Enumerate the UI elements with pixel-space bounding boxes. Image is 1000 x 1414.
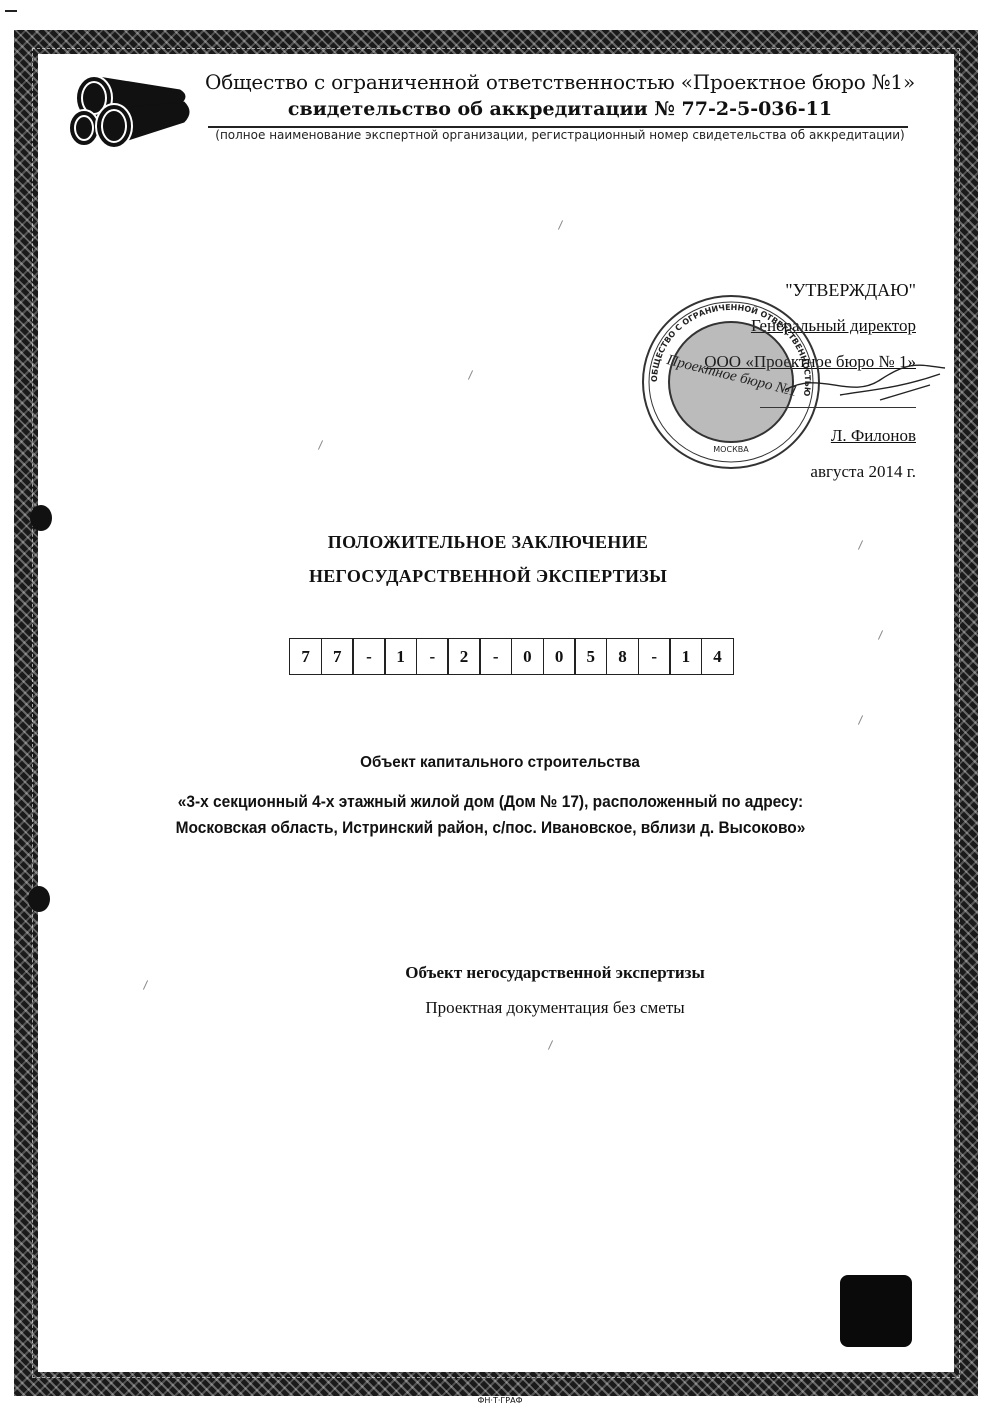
- registration-number-cell: 4: [701, 638, 734, 675]
- pipes-logo-icon: [62, 68, 192, 150]
- registration-number-cell: 1: [384, 638, 417, 675]
- expertise-object-value: Проектная документация без сметы: [0, 998, 1000, 1018]
- registration-number-cell: 0: [511, 638, 544, 675]
- registration-number-cell: 5: [574, 638, 607, 675]
- organization-name: Общество с ограниченной ответственностью…: [200, 70, 920, 94]
- registration-number-cell: 0: [543, 638, 576, 675]
- printer-mark: ФН·Т·ГРАФ: [0, 1396, 1000, 1405]
- capital-object-label: Объект капитального строительства: [25, 754, 975, 772]
- registration-number-cell: -: [638, 638, 671, 675]
- registration-number-cell: -: [416, 638, 449, 675]
- registration-number-cell: 2: [447, 638, 480, 675]
- punch-hole: [28, 886, 50, 912]
- ornamental-border: [14, 30, 978, 1396]
- document-title-line1: ПОЛОЖИТЕЛЬНОЕ ЗАКЛЮЧЕНИЕ: [0, 532, 988, 553]
- expertise-object-label: Объект негосударственной экспертизы: [0, 963, 1000, 983]
- registration-number-cell: -: [479, 638, 512, 675]
- signature-icon: [780, 360, 950, 410]
- registration-number-cell: 8: [606, 638, 639, 675]
- header-caption: (полное наименование экспертной организа…: [200, 128, 920, 142]
- registration-number-cell: 7: [289, 638, 322, 675]
- registration-number-cell: -: [352, 638, 385, 675]
- registration-number-cell: 1: [669, 638, 702, 675]
- black-square-mark: [840, 1275, 912, 1347]
- capital-object-line1: «3-х секционный 4-х этажный жилой дом (Д…: [0, 792, 981, 812]
- accreditation-number: свидетельство об аккредитации № 77-2-5-0…: [200, 98, 920, 120]
- approval-date: августа 2014 г.: [810, 462, 916, 482]
- punch-hole: [30, 505, 52, 531]
- svg-text:МОСКВА: МОСКВА: [713, 445, 749, 454]
- registration-number-cell: 7: [321, 638, 354, 675]
- capital-object-line2: Московская область, Истринский район, с/…: [0, 818, 981, 838]
- scan-mark: [5, 10, 17, 12]
- registration-number-boxes: 77-1-2-0058-14: [289, 638, 734, 675]
- document-title-line2: НЕГОСУДАРСТВЕННОЙ ЭКСПЕРТИЗЫ: [0, 566, 988, 587]
- approver-name: Л. Филонов: [831, 426, 916, 446]
